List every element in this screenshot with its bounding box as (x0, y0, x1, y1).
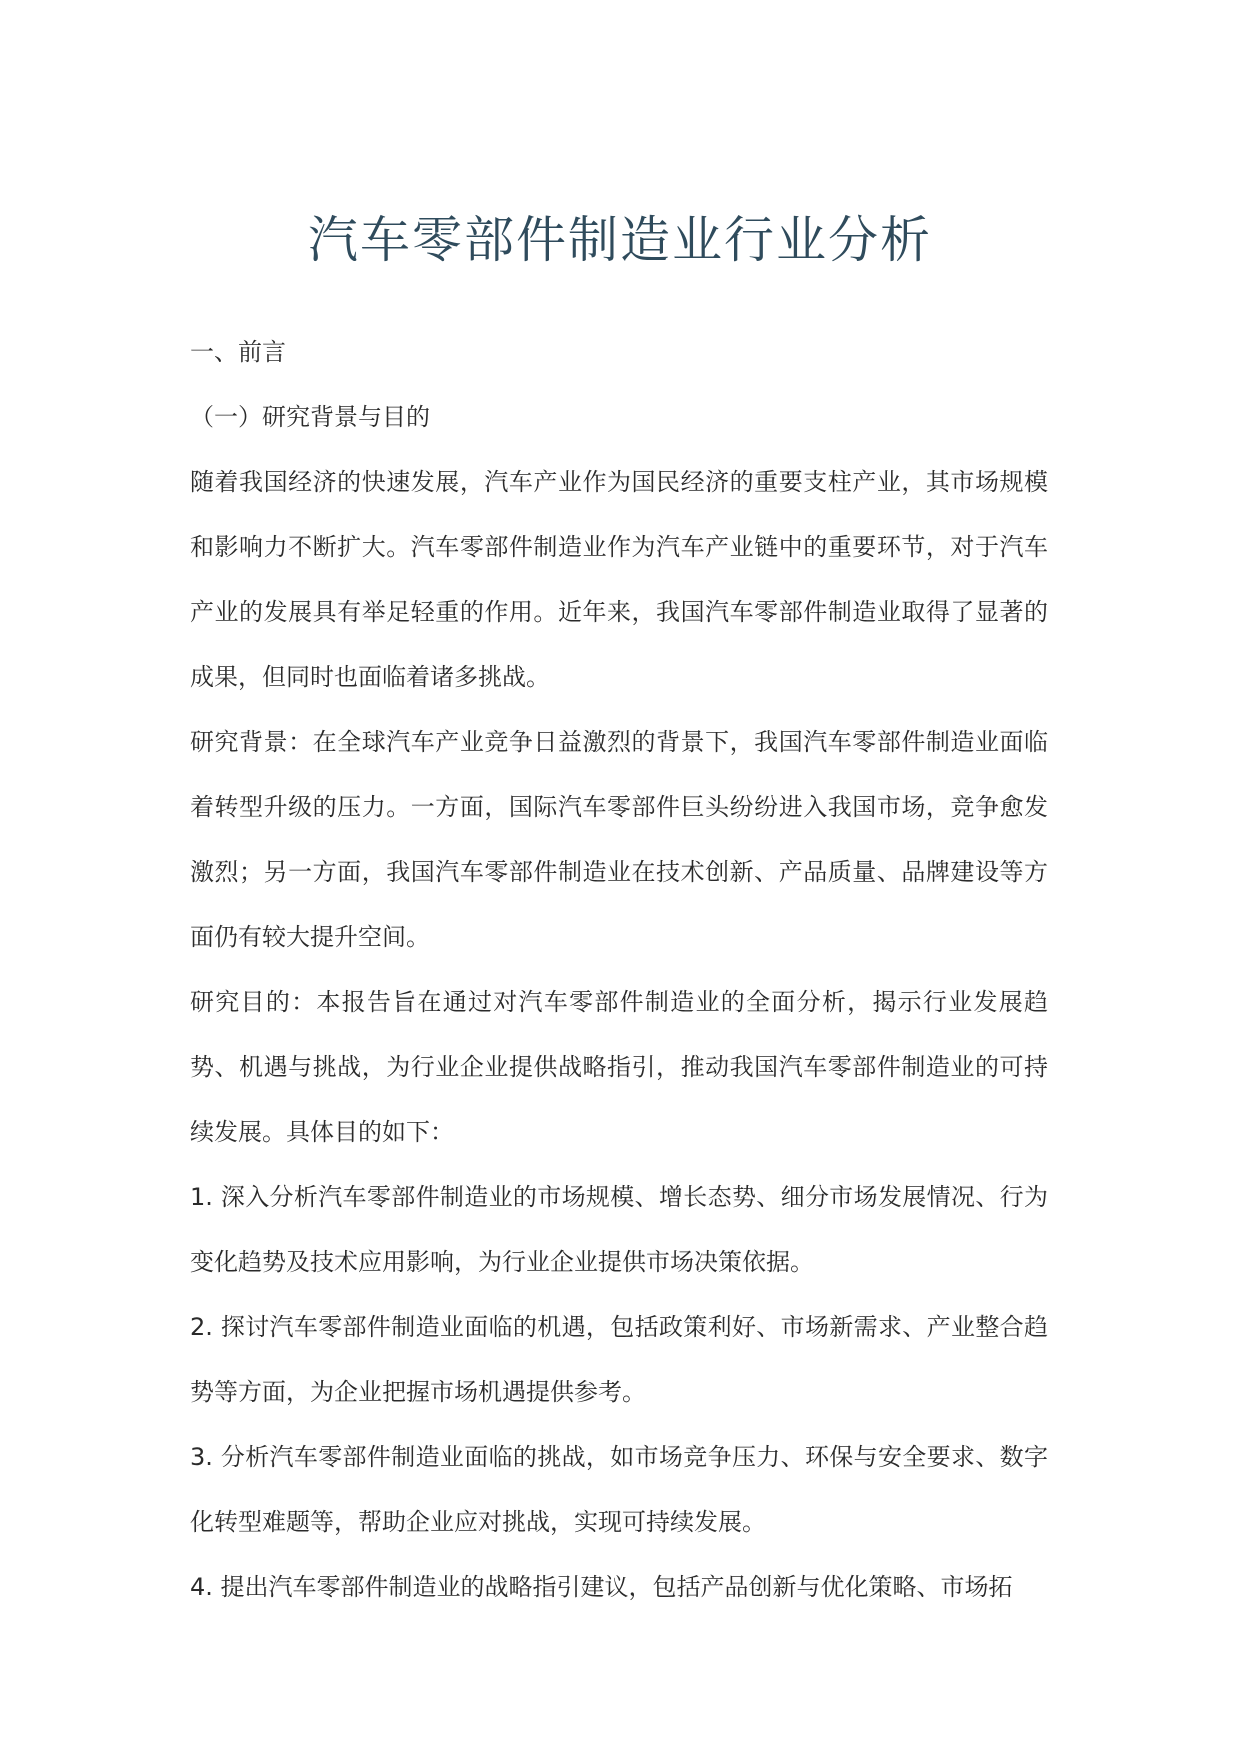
paragraph-intro: 随着我国经济的快速发展，汽车产业作为国民经济的重要支柱产业，其市场规模和影响力不… (190, 450, 1048, 710)
paragraph-purpose: 研究目的：本报告旨在通过对汽车零部件制造业的全面分析，揭示行业发展趋势、机遇与挑… (190, 970, 1048, 1165)
list-item: 4. 提出汽车零部件制造业的战略指引建议，包括产品创新与优化策略、市场拓 (190, 1555, 1048, 1620)
document-body: 一、前言 （一）研究背景与目的 随着我国经济的快速发展，汽车产业作为国民经济的重… (190, 320, 1048, 1620)
document-title: 汽车零部件制造业行业分析 (0, 210, 1240, 270)
paragraph-background: 研究背景：在全球汽车产业竞争日益激烈的背景下，我国汽车零部件制造业面临着转型升级… (190, 710, 1048, 970)
list-item: 3. 分析汽车零部件制造业面临的挑战，如市场竞争压力、环保与安全要求、数字化转型… (190, 1425, 1048, 1555)
list-item: 2. 探讨汽车零部件制造业面临的机遇，包括政策利好、市场新需求、产业整合趋势等方… (190, 1295, 1048, 1425)
section-heading: 一、前言 (190, 320, 1048, 385)
list-item: 1. 深入分析汽车零部件制造业的市场规模、增长态势、细分市场发展情况、行为变化趋… (190, 1165, 1048, 1295)
subsection-heading: （一）研究背景与目的 (190, 385, 1048, 450)
